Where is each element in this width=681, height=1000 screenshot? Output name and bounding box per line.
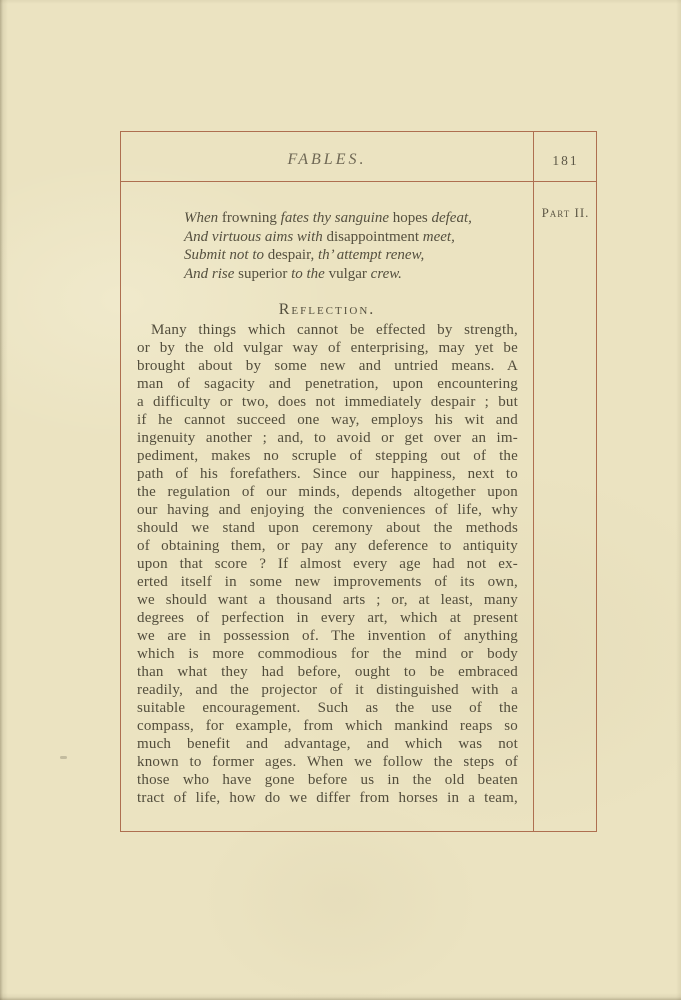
- body-line: our having and enjoying the conveniences…: [137, 501, 518, 519]
- verse-segment: fates thy sanguine: [281, 210, 389, 226]
- body-line: man of sagacity and penetration, upon en…: [137, 375, 518, 393]
- body-line: pediment, makes no scruple of stepping o…: [137, 447, 518, 465]
- verse-segment: superior: [234, 266, 291, 282]
- verse-segment: disappointment: [323, 229, 423, 245]
- body-line: known to former ages. When we follow the…: [137, 753, 518, 771]
- body-line: a difficulty or two, does not immediatel…: [137, 393, 518, 411]
- body-line: readily, and the projector of it disting…: [137, 681, 518, 699]
- page-content-area: When frowning fates thy sanguine hopes d…: [121, 182, 533, 833]
- running-header-band: FABLES.: [121, 132, 533, 182]
- body-line: degrees of perfection in every art, whic…: [137, 609, 518, 627]
- body-line: Many things which cannot be effected by …: [137, 321, 518, 339]
- margin-header-band: 181: [534, 132, 597, 182]
- verse-segment: despair,: [264, 247, 318, 263]
- body-line: tract of life, how do we differ from hor…: [137, 789, 518, 807]
- body-line: upon that score ? If almost every age ha…: [137, 555, 518, 573]
- verse-epigraph: When frowning fates thy sanguine hopes d…: [184, 209, 484, 283]
- verse-segment: crew.: [371, 266, 402, 282]
- running-title: FABLES.: [121, 151, 533, 169]
- verse-segment: to the: [291, 266, 325, 282]
- body-line: of obtaining them, or pay any deference …: [137, 537, 518, 555]
- body-line: if he cannot succeed one way, employs hi…: [137, 411, 518, 429]
- verse-line: When frowning fates thy sanguine hopes d…: [184, 209, 484, 228]
- body-paragraph: Many things which cannot be effected by …: [137, 321, 518, 807]
- verse-segment: hopes: [389, 210, 432, 226]
- verse-segment: defeat,: [431, 210, 471, 226]
- stray-pencil-mark: [60, 756, 67, 759]
- verse-segment: When: [184, 210, 218, 226]
- verse-line: And rise superior to the vulgar crew.: [184, 265, 484, 284]
- page-border-frame: FABLES. When frowning fates thy sanguine…: [120, 131, 597, 832]
- body-line: path of his forefathers. Since our happi…: [137, 465, 518, 483]
- body-line: brought about by some new and untried me…: [137, 357, 518, 375]
- verse-segment: vulgar: [325, 266, 371, 282]
- body-line: suitable encouragement. Such as the use …: [137, 699, 518, 717]
- body-line: ingenuity another ; and, to avoid or get…: [137, 429, 518, 447]
- verse-segment: th’ attempt renew,: [318, 247, 424, 263]
- verse-line: Submit not to despair, th’ attempt renew…: [184, 246, 484, 265]
- body-line: the regulation of our minds, depends alt…: [137, 483, 518, 501]
- verse-segment: And rise: [184, 266, 234, 282]
- body-line: should we stand upon ceremony about the …: [137, 519, 518, 537]
- body-line: than what they had before, ought to be e…: [137, 663, 518, 681]
- verse-segment: meet,: [423, 229, 455, 245]
- body-line: we are in possession of. The invention o…: [137, 627, 518, 645]
- verse-segment: frowning: [218, 210, 281, 226]
- body-line: those who have gone before us in the old…: [137, 771, 518, 789]
- body-line: or by the old vulgar way of enterprising…: [137, 339, 518, 357]
- body-line: compass, for example, from which mankind…: [137, 717, 518, 735]
- body-line: which is more commodious for the mind or…: [137, 645, 518, 663]
- page-number: 181: [534, 153, 597, 169]
- verse-line: And virtuous aims with disappointment me…: [184, 228, 484, 247]
- body-line: we should want a thousand arts ; or, at …: [137, 591, 518, 609]
- margin-column: 181 Part II.: [533, 132, 597, 831]
- scanned-book-page: FABLES. When frowning fates thy sanguine…: [0, 0, 681, 1000]
- body-line: much benefit and advantage, and which wa…: [137, 735, 518, 753]
- verse-segment: Submit not to: [184, 247, 264, 263]
- section-heading: Reflection.: [121, 301, 533, 319]
- body-line: erted itself in some new improvements of…: [137, 573, 518, 591]
- verse-segment: And virtuous aims with: [184, 229, 323, 245]
- part-label: Part II.: [534, 205, 597, 221]
- main-text-column: FABLES. When frowning fates thy sanguine…: [121, 132, 533, 831]
